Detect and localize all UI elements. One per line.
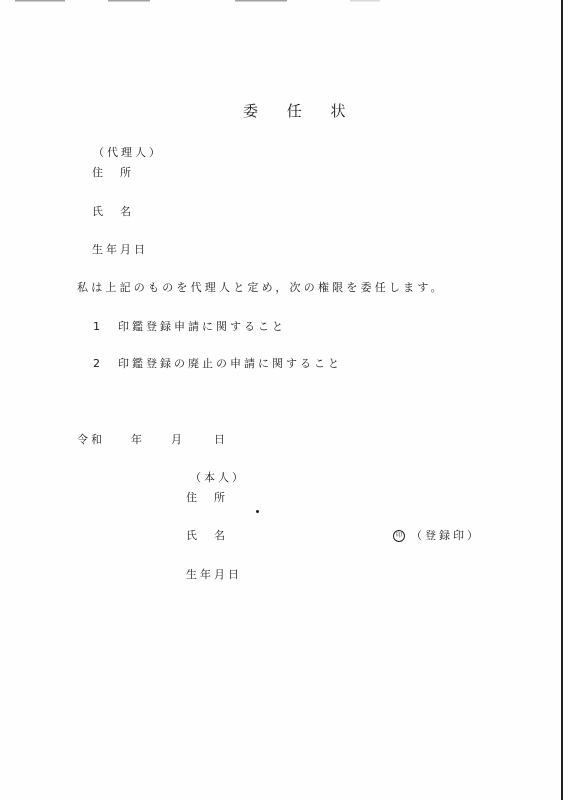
scan-artifact-mark [235, 0, 287, 2]
agent-name-label: 氏 名 [92, 205, 134, 219]
scan-artifact-mark [15, 0, 65, 2]
scan-speck [256, 510, 259, 513]
authority-number: 1 [93, 320, 103, 334]
document-title: 委 任 状 [243, 102, 358, 120]
principal-name-label: 氏 名 [186, 529, 228, 543]
principal-heading: （本人） [190, 471, 246, 485]
date-era: 令和 [77, 433, 105, 447]
scanned-document-page: 委 任 状 （代理人） 住 所 氏 名 生年月日 私は上記のものを代理人と定め，… [0, 0, 565, 800]
delegation-statement: 私は上記のものを代理人と定め，次の権限を委任します。 [77, 281, 445, 295]
authority-text: 印鑑登録申請に関すること [118, 320, 286, 334]
principal-address-label: 住 所 [186, 491, 228, 505]
agent-address-label: 住 所 [92, 166, 134, 180]
seal-note: （登録印） [411, 529, 481, 542]
scan-artifact-mark [108, 0, 150, 2]
date-month-label: 月 [171, 433, 185, 447]
authority-number: 2 [93, 357, 103, 371]
agent-birthdate-label: 生年月日 [92, 243, 148, 257]
page-edge-line [561, 0, 563, 800]
date-year-label: 年 [131, 433, 145, 447]
agent-heading: （代理人） [93, 146, 163, 160]
scan-artifact-mark [350, 0, 380, 2]
seal-icon: 印 [393, 530, 405, 542]
seal-area: 印（登録印） [393, 529, 481, 543]
date-day-label: 日 [214, 433, 228, 447]
authority-text: 印鑑登録の廃止の申請に関すること [118, 357, 342, 371]
principal-birthdate-label: 生年月日 [186, 568, 242, 582]
